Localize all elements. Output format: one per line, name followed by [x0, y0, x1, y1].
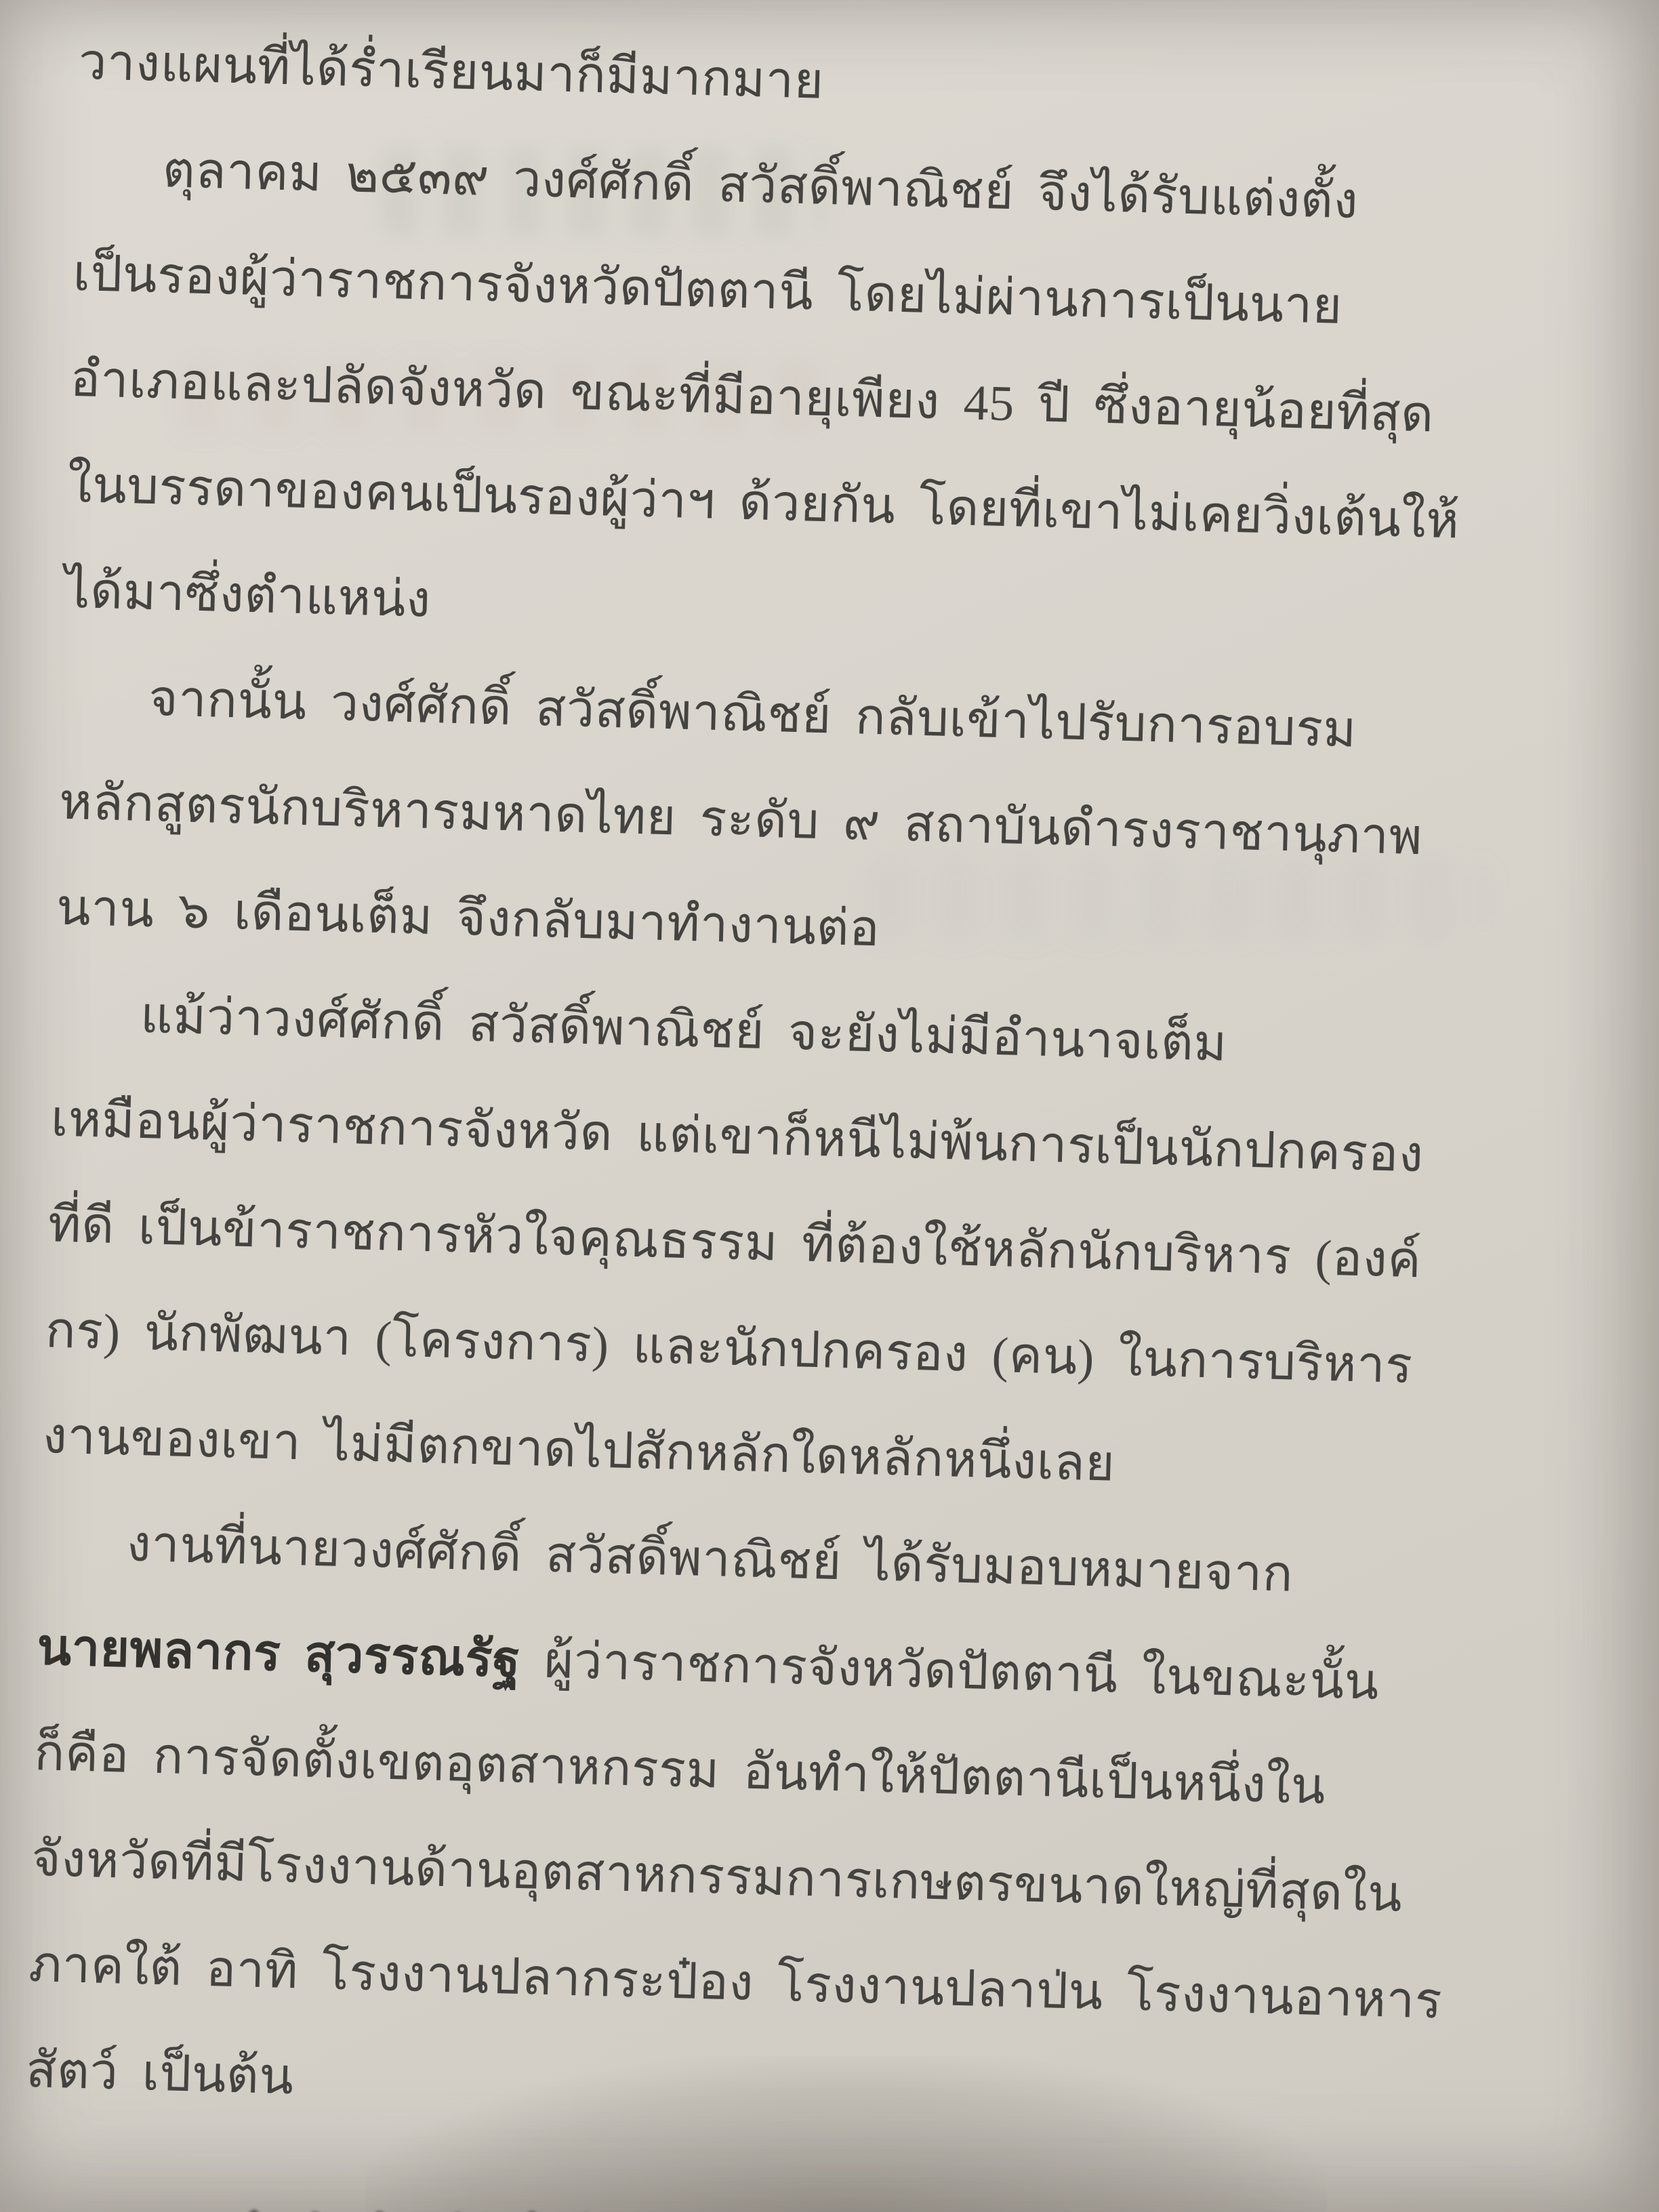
bold-name-segment: นายพลากร สุวรรณรัฐ: [37, 1620, 522, 1688]
text-block: วางแผนที่ได้ร่ำเรียนมาก็มีมากมายตุลาคม ๒…: [24, 9, 1631, 2164]
text-segment: ผู้ว่าราชการจังหวัดปัตตานี ในขณะนั้น: [520, 1633, 1380, 1711]
book-page-photo: วางแผนที่ได้ร่ำเรียนมาก็มีมากมายตุลาคม ๒…: [0, 0, 1659, 2212]
cutoff-line-fragment: [234, 2175, 613, 2212]
